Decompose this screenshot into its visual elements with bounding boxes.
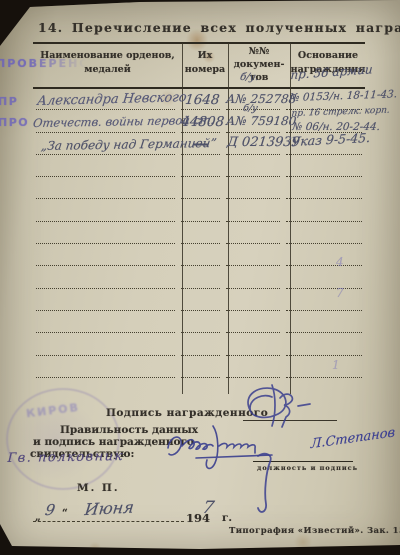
empty-table-row: [33, 244, 365, 266]
row-cell-rule: [286, 266, 362, 288]
seal-place-mark: М. П.: [77, 482, 120, 494]
award-number-row2: 44808: [180, 114, 225, 130]
award-number-row1: 1648: [184, 92, 220, 108]
row-cell-rule: [181, 311, 220, 333]
date-year-suffix: г.: [222, 512, 232, 524]
row-cell-rule: [226, 244, 280, 266]
rank-handwritten: Гв. полковник: [7, 449, 124, 466]
empty-table-row: [33, 333, 365, 355]
table-top-rule: [33, 42, 365, 44]
header-documents-line1: №№: [249, 45, 270, 58]
verified-stamp-fragment: ПРОВЕРЕНО: [0, 57, 91, 70]
row-cell-rule: [226, 333, 280, 355]
header-numbers-line2: номера: [185, 63, 225, 77]
header-documents: №№ докумен- тов: [228, 45, 290, 84]
header-documents-line2: докумен-: [234, 58, 285, 71]
row-cell-rule: [36, 311, 175, 333]
verified-stamp-fragment-2: ПР: [0, 95, 18, 108]
date-month-handwritten: Июня: [84, 497, 135, 519]
verified-stamp-fragment-3: ПРО: [0, 116, 29, 129]
row-cell-rule: [226, 311, 280, 333]
header-numbers-line1: Их: [198, 49, 213, 63]
row-cell-rule: [36, 155, 175, 177]
row-cell-rule: [36, 333, 175, 355]
header-basis-line1: Основание: [298, 49, 358, 63]
row-cell-rule: [181, 199, 220, 221]
row-cell-rule: [226, 155, 280, 177]
empty-table-row: [33, 199, 365, 221]
row-cell-rule: [181, 155, 220, 177]
stray-ink-mark-1: 4: [336, 255, 344, 269]
doc-note-row2: б/у: [242, 103, 258, 114]
row-cell-rule: [36, 244, 175, 266]
row-cell-rule: [286, 289, 362, 311]
print-house-imprint: Типография «Известий». Зак. 1559: [229, 526, 400, 536]
row-cell-rule: [286, 222, 362, 244]
pen-stroke: [252, 448, 278, 520]
award-number-row3: —: [192, 134, 210, 154]
empty-table-row: [33, 289, 365, 311]
row-cell-rule: [286, 199, 362, 221]
row-cell-rule: [226, 222, 280, 244]
empty-table-row: [33, 222, 365, 244]
empty-table-row: [33, 266, 365, 288]
header-numbers: Их номера: [182, 49, 228, 77]
empty-table-row: [33, 155, 365, 177]
empty-table-row: [33, 356, 365, 378]
row-cell-rule: [181, 333, 220, 355]
row-cell-rule: [286, 244, 362, 266]
doc-number-row1: А№ 252788: [226, 92, 298, 106]
row-cell-rule: [181, 266, 220, 288]
doc-note-row1: б/у.: [239, 72, 259, 83]
row-cell-rule: [181, 177, 220, 199]
row-cell-rule: [286, 155, 362, 177]
row-cell-rule: [36, 177, 175, 199]
empty-table-row: [33, 177, 365, 199]
row-cell-rule: [226, 289, 280, 311]
row-cell-rule: [286, 311, 362, 333]
row-cell-rule: [226, 356, 280, 378]
row-cell-rule: [36, 289, 175, 311]
empty-table-row: [33, 311, 365, 333]
stray-ink-mark-3: 1: [332, 358, 340, 372]
row-cell-rule: [36, 356, 175, 378]
doc-number-row3: Д 0213939: [226, 135, 300, 150]
row-cell-rule: [286, 356, 362, 378]
row-cell-rule: [36, 199, 175, 221]
row-cell-rule: [286, 177, 362, 199]
doc-number-row2: А№ 759180: [226, 114, 298, 128]
row-cell-rule: [181, 356, 220, 378]
row-cell-rule: [36, 222, 175, 244]
row-cell-rule: [226, 199, 280, 221]
row-cell-rule: [181, 244, 220, 266]
date-day-line: [33, 521, 70, 522]
date-close-quote: “: [62, 508, 68, 519]
row-cell-rule: [226, 177, 280, 199]
date-month-line: [72, 521, 184, 522]
row-cell-rule: [36, 266, 175, 288]
row-cell-rule: [226, 266, 280, 288]
stray-ink-mark-2: 7: [336, 286, 344, 300]
header-award-name-line2: медалей: [84, 63, 131, 77]
document-photo: 14. Перечисление всех полученных наград …: [0, 0, 400, 555]
row-cell-rule: [286, 333, 362, 355]
section-title: 14. Перечисление всех полученных наград: [38, 20, 400, 35]
row-cell-rule: [181, 222, 220, 244]
row-cell-rule: [181, 289, 220, 311]
